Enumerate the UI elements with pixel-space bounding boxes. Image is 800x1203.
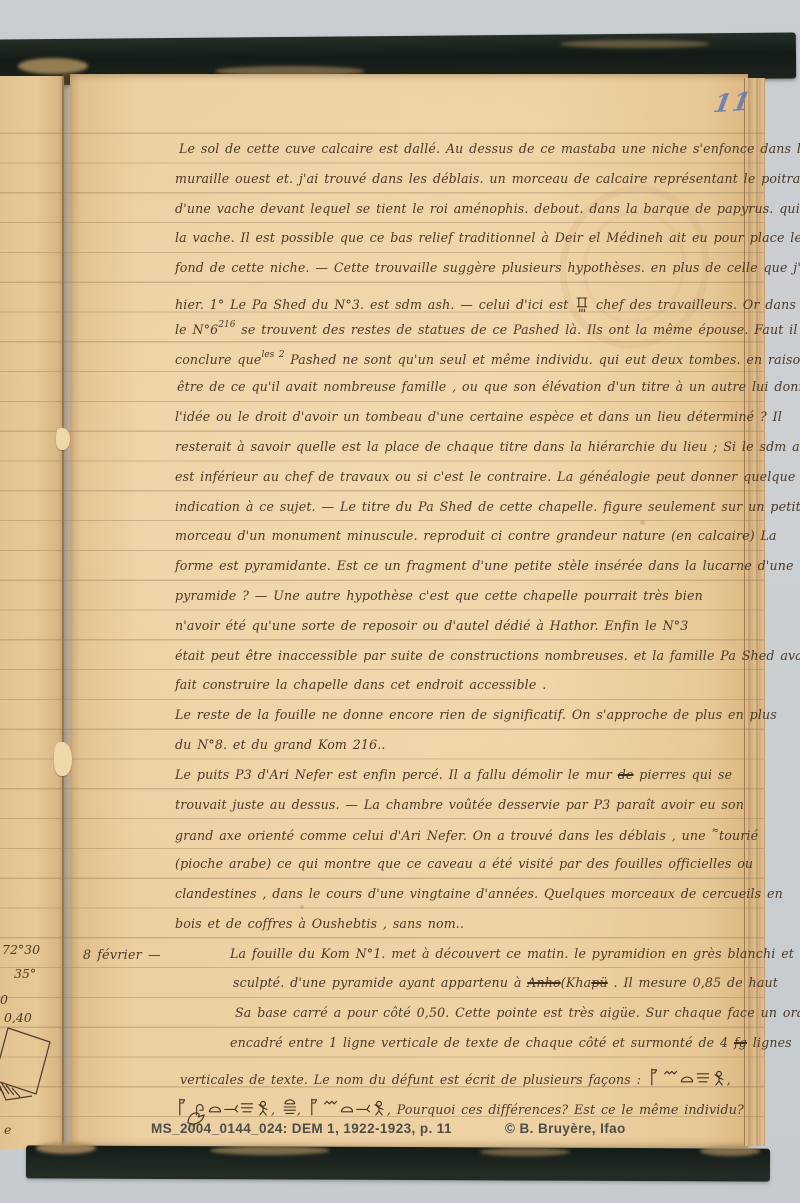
handwritten-text: l'idée ou le droit d'avoir un tombeau d'… (175, 409, 782, 424)
manuscript-line: fond de cette niche. — Cette trouvaille … (175, 260, 761, 290)
manuscript-line: d'une vache devant lequel se tient le ro… (175, 201, 761, 231)
page-number: 11 (711, 87, 754, 118)
manuscript-line: morceau d'un monument minuscule. reprodu… (175, 528, 761, 558)
handwritten-text: tourié (719, 828, 758, 843)
hieroglyph-sketch (574, 290, 590, 317)
manuscript-line: la vache. Il est possible que ce bas rel… (175, 230, 761, 260)
manuscript-line: pyramide ? — Une autre hypothèse c'est q… (175, 588, 761, 618)
manuscript-line: hier. 1° Le Pa Shed du N°3. est sdm ash.… (175, 290, 761, 320)
pyramidion-sketch (0, 1022, 60, 1117)
cover-wear-patch (210, 1146, 330, 1155)
handwritten-text: hier. 1° Le Pa Shed du N°3. est sdm ash.… (175, 297, 574, 312)
handwritten-text: (Kha (561, 975, 592, 990)
manuscript-line: bois et de coffres à Oushebtis , sans no… (175, 916, 761, 946)
archive-caption: MS_2004_0144_024: DEM 1, 1922-1923, p. 1… (151, 1121, 452, 1136)
manuscript-text: Le sol de cette cuve calcaire est dallé.… (175, 141, 761, 1124)
handwritten-text: Pashed ne sont qu'un seul et même indivi… (284, 352, 800, 367)
manuscript-line: fait construire la chapelle dans cet end… (175, 677, 761, 707)
handwritten-text: (pioche arabe) ce qui montre que ce cave… (175, 856, 753, 871)
facing-page-fragment: e (4, 1122, 11, 1137)
handwritten-text: pyramide ? — Une autre hypothèse c'est q… (175, 588, 703, 603)
handwritten-text: , (271, 1102, 281, 1117)
manuscript-line: conclure queles 2 Pashed ne sont qu'un s… (175, 350, 761, 380)
handwritten-text: clandestines , dans le cours d'une vingt… (175, 886, 783, 901)
handwritten-text: grand axe orienté comme celui d'Ari Nefe… (175, 828, 711, 843)
handwritten-text: resterait à savoir quelle est la place d… (175, 439, 800, 454)
handwritten-text: La fouille du Kom N°1. met à découvert c… (230, 946, 794, 961)
superscript-text: ≈ (711, 826, 719, 836)
handwritten-text: fond de cette niche. — Cette trouvaille … (175, 260, 800, 275)
manuscript-line: être de ce qu'il avait nombreuse famille… (175, 379, 761, 409)
cover-wear-patch (560, 40, 710, 48)
struck-text: Anho (527, 975, 561, 990)
superscript-text: 216 (218, 320, 235, 330)
manuscript-line: le N°6216 se trouvent des restes de stat… (175, 320, 761, 350)
struck-text: fg (734, 1035, 747, 1050)
handwritten-text: Le sol de cette cuve calcaire est dallé.… (179, 141, 800, 156)
handwritten-text: muraille ouest et. j'ai trouvé dans les … (175, 171, 800, 186)
handwritten-text: pierres qui se (634, 767, 733, 782)
paper-tear (54, 742, 72, 776)
manuscript-line: verticales de texte. Le nom du défunt es… (175, 1065, 761, 1095)
manuscript-line: est inférieur au chef de travaux ou si c… (175, 469, 761, 499)
cover-wear-patch (18, 58, 88, 74)
facing-page-fragment: 35° (14, 966, 36, 981)
hieroglyph-sketch (307, 1095, 387, 1122)
manuscript-line: sculpté. d'une pyramide ayant appartenu … (175, 975, 761, 1005)
manuscript-line: l'idée ou le droit d'avoir un tombeau d'… (175, 409, 761, 439)
handwritten-text: n'avoir été qu'une sorte de reposoir ou … (175, 618, 688, 633)
handwritten-text: . Il mesure 0,85 de haut (608, 975, 778, 990)
facing-page-edge (0, 76, 64, 1150)
manuscript-line: 8 février —La fouille du Kom N°1. met à … (175, 946, 761, 976)
handwritten-text: la vache. Il est possible que ce bas rel… (175, 230, 800, 245)
copyright-caption: © B. Bruyère, Ifao (505, 1121, 626, 1136)
struck-text: de (618, 767, 634, 782)
handwritten-text: verticales de texte. Le nom du défunt es… (180, 1072, 647, 1087)
manuscript-line: indication à ce sujet. — Le titre du Pa … (175, 499, 761, 529)
gutter-shadow (62, 74, 80, 1152)
handwritten-text: forme est pyramidante. Est ce un fragmen… (175, 558, 794, 573)
handwritten-text: chef des travailleurs. Or dans (590, 297, 796, 312)
cover-wear-patch (36, 1142, 96, 1154)
handwritten-text: morceau d'un monument minuscule. reprodu… (175, 528, 777, 543)
paper-tear (56, 428, 70, 450)
manuscript-line: encadré entre 1 ligne verticale de texte… (175, 1035, 761, 1065)
handwritten-text: le N°6 (175, 322, 218, 337)
handwritten-text: conclure que (175, 352, 261, 367)
handwritten-text: Sa base carré a pour côté 0,50. Cette po… (235, 1005, 800, 1020)
manuscript-line: Le sol de cette cuve calcaire est dallé.… (175, 141, 761, 171)
manuscript-line: resterait à savoir quelle est la place d… (175, 439, 761, 469)
manuscript-line: n'avoir été qu'une sorte de reposoir ou … (175, 618, 761, 648)
handwritten-text: bois et de coffres à Oushebtis , sans no… (175, 916, 464, 931)
handwritten-text: Le reste de la fouille ne donne encore r… (175, 707, 777, 722)
handwritten-text: être de ce qu'il avait nombreuse famille… (177, 379, 800, 394)
handwritten-text: trouvait juste au dessus. — La chambre v… (175, 797, 744, 812)
handwritten-text: du N°8. et du grand Kom 216.. (175, 737, 386, 752)
handwritten-text: est inférieur au chef de travaux ou si c… (175, 469, 795, 484)
handwritten-text: d'une vache devant lequel se tient le ro… (175, 201, 800, 216)
manuscript-line: trouvait juste au dessus. — La chambre v… (175, 797, 761, 827)
handwritten-text: sculpté. d'une pyramide ayant appartenu … (233, 975, 527, 990)
hieroglyph-sketch (281, 1095, 297, 1122)
struck-text: pü (591, 975, 607, 990)
margin-date-label: 8 février — (83, 947, 161, 962)
manuscript-line: muraille ouest et. j'ai trouvé dans les … (175, 171, 761, 201)
manuscript-line: (pioche arabe) ce qui montre que ce cave… (175, 856, 761, 886)
handwritten-text: Le puits P3 d'Ari Nefer est enfin percé.… (175, 767, 618, 782)
handwritten-text: , (297, 1102, 307, 1117)
manuscript-line: clandestines , dans le cours d'une vingt… (175, 886, 761, 916)
manuscript-line: forme est pyramidante. Est ce un fragmen… (175, 558, 761, 588)
handwritten-text: se trouvent des restes de statues de ce … (236, 322, 800, 337)
handwritten-text: , Pourquoi ces différences? Est ce le mê… (387, 1102, 744, 1117)
handwritten-text: indication à ce sujet. — Le titre du Pa … (175, 499, 800, 514)
handwritten-text: était peut être inaccessible par suite d… (175, 648, 800, 663)
superscript-text: les 2 (261, 350, 284, 360)
handwritten-text: lignes (747, 1035, 792, 1050)
book-cover-bottom-edge (26, 1145, 770, 1181)
manuscript-line: du N°8. et du grand Kom 216.. (175, 737, 761, 767)
facing-page-fragment: 72°30 (2, 942, 40, 957)
manuscript-line: Le puits P3 d'Ari Nefer est enfin percé.… (175, 767, 761, 797)
handwritten-text: , (727, 1072, 731, 1087)
manuscript-line: était peut être inaccessible par suite d… (175, 648, 761, 678)
manuscript-line: Sa base carré a pour côté 0,50. Cette po… (175, 1005, 761, 1035)
hieroglyph-sketch (647, 1065, 727, 1092)
manuscript-line: Le reste de la fouille ne donne encore r… (175, 707, 761, 737)
facing-page-fragment: 0 (0, 992, 8, 1007)
handwritten-text: fait construire la chapelle dans cet end… (175, 677, 546, 692)
manuscript-line: , , , Pourquoi ces différences? Est ce l… (175, 1095, 761, 1125)
handwritten-text: encadré entre 1 ligne verticale de texte… (230, 1035, 734, 1050)
cover-wear-patch (480, 1148, 570, 1156)
manuscript-line: grand axe orienté comme celui d'Ari Nefe… (175, 826, 761, 856)
cover-wear-patch (700, 1146, 760, 1156)
